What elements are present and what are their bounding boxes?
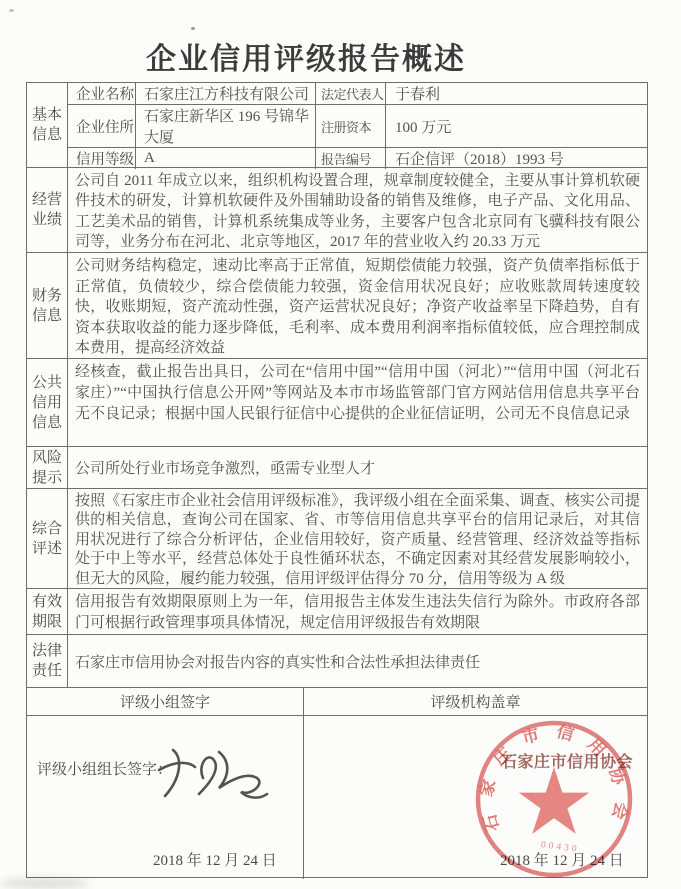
signoff-header-row: 评级小组签字 评级机构盖章 [27, 688, 647, 716]
page-title: 企业信用评级报告概述 [0, 34, 612, 78]
field-value-credit-grade: A [136, 148, 316, 169]
field-value-legal-representative: 于春利 [386, 83, 647, 104]
field-label-registered-capital: 注册资本 [316, 105, 386, 147]
financial-info-text: 公司财务结构稳定，速动比率高于正常值，短期偿债能力较强，资产负债率指标低于正常值… [68, 253, 647, 359]
official-seal: 石家庄市信用协会 00430 [304, 716, 648, 878]
field-label-legal-representative: 法定代表人 [316, 83, 386, 104]
basic-info-row: 企业住所 石家庄新华区 196 号锦华大厦 注册资本 100 万元 [68, 105, 647, 148]
rating-team-signature-cell: 评级小组组长签字： 2018 年 12 月 24 日 [27, 716, 304, 879]
signature-date: 2018 年 12 月 24 日 [153, 849, 277, 870]
validity-period-section: 有效期限 信用报告有效期限原则上为一年，信用报告主体发生违法失信行为除外。市政府… [27, 589, 647, 635]
section-label-business-performance: 经营业绩 [27, 168, 68, 252]
section-label-validity-period: 有效期限 [27, 589, 68, 634]
scan-artifact-dot [9, 9, 14, 12]
field-label-company-name: 企业名称 [68, 83, 136, 104]
validity-period-text: 信用报告有效期限原则上为一年，信用报告主体发生违法失信行为除外。市政府各部门可根… [68, 589, 647, 634]
public-credit-info-text: 经核查，截止报告出具日，公司在“信用中国”“信用中国（河北）”“信用中国（河北石… [68, 359, 647, 425]
legal-liability-section: 法律责任 石家庄市信用协会对报告内容的真实性和合法性承担法律责任 [27, 635, 647, 688]
business-performance-text: 公司自 2011 年成立以来，组织机构设置合理，规章制度较健全，主要从事计算机软… [68, 168, 647, 253]
field-label-company-address: 企业住所 [68, 105, 136, 147]
field-value-company-address: 石家庄新华区 196 号锦华大厦 [136, 105, 316, 147]
field-value-registered-capital: 100 万元 [386, 105, 647, 147]
handwritten-signature [157, 734, 287, 814]
seal-code-digits: 00430 [540, 840, 580, 855]
comprehensive-review-section: 综合评述 按照《石家庄市企业社会信用评级标准》，我评级小组在全面采集、调查、核实… [27, 489, 647, 589]
comprehensive-review-text: 按照《石家庄市企业社会信用评级标准》，我评级小组在全面采集、调查、核实公司提供的… [68, 489, 647, 589]
report-table: 基本信息 企业名称 石家庄江方科技有限公司 法定代表人 于春利 企业住所 石家庄… [26, 82, 648, 878]
financial-info-section: 财务信息 公司财务结构稳定，速动比率高于正常值，短期偿债能力较强，资产负债率指标… [27, 253, 647, 359]
business-performance-section: 经营业绩 公司自 2011 年成立以来，组织机构设置合理，规章制度较健全，主要从… [27, 168, 647, 253]
rating-team-signature-header: 评级小组签字 [27, 688, 304, 715]
star-icon [519, 767, 589, 834]
section-label-risk-warning: 风险提示 [27, 447, 68, 488]
section-label-comprehensive-review: 综合评述 [27, 489, 68, 588]
section-label-basic-info: 基本信息 [27, 83, 68, 167]
scan-artifact-dot [191, 27, 195, 30]
team-leader-signature-label: 评级小组组长签字： [37, 758, 172, 779]
risk-warning-text: 公司所处行业市场竞争激烈，亟需专业型人才 [68, 457, 382, 478]
field-value-report-number: 石企信评（2018）1993 号 [386, 148, 647, 169]
scan-artifact-smudge [0, 878, 90, 889]
risk-warning-section: 风险提示 公司所处行业市场竞争激烈，亟需专业型人才 [27, 447, 647, 489]
field-label-credit-grade: 信用等级 [68, 148, 136, 169]
public-credit-info-section: 公共信用信息 经核查，截止报告出具日，公司在“信用中国”“信用中国（河北）”“信… [27, 359, 647, 447]
section-label-legal-liability: 法律责任 [27, 635, 68, 687]
rating-agency-seal-header: 评级机构盖章 [304, 688, 647, 715]
basic-info-section: 基本信息 企业名称 石家庄江方科技有限公司 法定代表人 于春利 企业住所 石家庄… [27, 83, 647, 168]
section-label-public-credit-info: 公共信用信息 [27, 359, 68, 446]
section-label-financial-info: 财务信息 [27, 253, 68, 358]
report-page: 企业信用评级报告概述 基本信息 企业名称 石家庄江方科技有限公司 法定代表人 于… [0, 0, 681, 889]
field-value-company-name: 石家庄江方科技有限公司 [136, 83, 316, 104]
field-label-report-number: 报告编号 [316, 148, 386, 169]
basic-info-row: 企业名称 石家庄江方科技有限公司 法定代表人 于春利 [68, 83, 647, 105]
legal-liability-text: 石家庄市信用协会对报告内容的真实性和合法性承担法律责任 [68, 651, 487, 672]
rating-agency-seal-cell: 石家庄市信用协会 2018 年 12 月 24 日 石家庄市信用协会 00430 [304, 716, 647, 879]
basic-info-row: 信用等级 A 报告编号 石企信评（2018）1993 号 [68, 148, 647, 169]
signoff-body-row: 评级小组组长签字： 2018 年 12 月 24 日 石家庄市信用协会 2018… [27, 716, 647, 879]
